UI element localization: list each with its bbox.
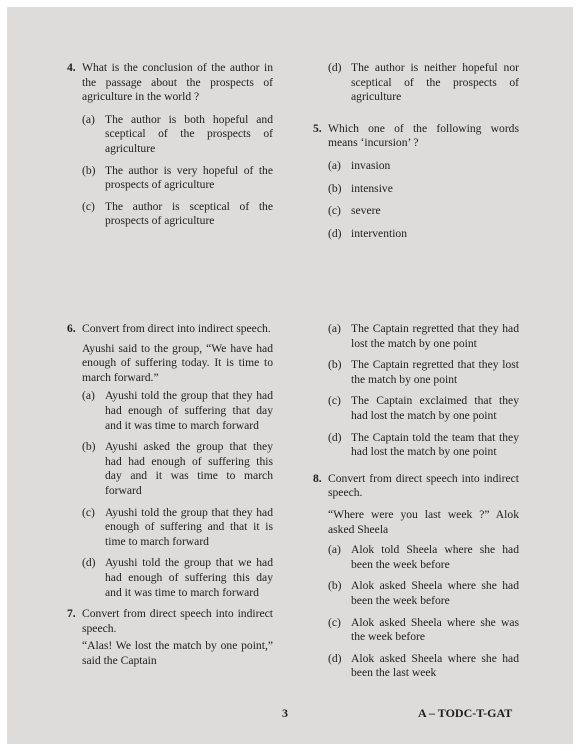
option-d: (d)The Captain told the team that they h…	[328, 431, 519, 460]
option-a: (a)invasion	[328, 159, 519, 174]
question-quote: Ayushi said to the group, “We have had e…	[82, 342, 273, 386]
option-label: (d)	[328, 652, 342, 667]
option-b: (b)The author is very hopeful of the pro…	[82, 164, 273, 193]
option-c: (c)The Captain exclaimed that they had l…	[328, 394, 519, 423]
option-label: (c)	[82, 506, 95, 521]
option-a: (a)Ayushi told the group that they had h…	[82, 389, 273, 433]
option-b: (b)intensive	[328, 182, 519, 197]
option-label: (a)	[328, 159, 341, 174]
question-stem: Convert from direct into indirect speech…	[82, 322, 273, 337]
option-c: (c)Alok asked Sheela where she was the w…	[328, 616, 519, 645]
option-label: (b)	[328, 358, 342, 373]
option-label: (d)	[328, 61, 342, 76]
question-number: 5.	[313, 122, 322, 137]
option-label: (d)	[328, 227, 342, 242]
option-text: Ayushi told the group that we had had en…	[105, 556, 273, 598]
question-8: 8. Convert from direct speech into indir…	[313, 472, 519, 681]
option-text: Alok told Sheela where she had been the …	[351, 543, 519, 571]
question-stem: Which one of the following words means ‘…	[328, 122, 519, 151]
option-text: intensive	[351, 182, 393, 195]
option-label: (c)	[328, 394, 341, 409]
options-list: (a)The author is both hopeful and scepti…	[82, 113, 273, 229]
option-b: (b)Ayushi asked the group that they had …	[82, 440, 273, 498]
option-c: (c)The author is sceptical of the prospe…	[82, 200, 273, 229]
option-text: The author is both hopeful and sceptical…	[105, 113, 273, 155]
option-label: (d)	[328, 431, 342, 446]
question-quote: “Alas! We lost the match by one point,” …	[82, 639, 273, 668]
option-text: The Captain exclaimed that they had lost…	[351, 394, 519, 422]
options-list: (a)Alok told Sheela where she had been t…	[328, 543, 519, 681]
question-stem: What is the conclusion of the author in …	[82, 61, 273, 105]
option-text: The Captain regretted that they had lost…	[351, 322, 519, 350]
option-b: (b)The Captain regretted that they lost …	[328, 358, 519, 387]
options-list: (a)Ayushi told the group that they had h…	[82, 389, 273, 600]
question-quote: “Where were you last week ?” Alok asked …	[328, 508, 519, 537]
page-number: 3	[282, 706, 288, 721]
option-text: invasion	[351, 159, 390, 172]
question-number: 6.	[67, 322, 76, 337]
question-stem: Convert from direct speech into indirect…	[82, 607, 273, 636]
option-text: The Captain told the team that they had …	[351, 431, 519, 459]
option-text: Alok asked Sheela where she was the week…	[351, 616, 519, 644]
option-text: Ayushi asked the group that they had had…	[105, 440, 273, 497]
option-label: (b)	[328, 579, 342, 594]
question-number: 4.	[67, 61, 76, 76]
right-column-top: (d)The author is neither hopeful nor sce…	[313, 61, 519, 249]
option-label: (a)	[328, 543, 341, 558]
option-d: (d)intervention	[328, 227, 519, 242]
option-label: (b)	[82, 440, 96, 455]
option-text: The author is very hopeful of the prospe…	[105, 164, 273, 192]
option-text: severe	[351, 204, 381, 217]
option-label: (b)	[328, 182, 342, 197]
left-column-bottom: 6. Convert from direct into indirect spe…	[67, 322, 273, 668]
options-list: (a)invasion (b)intensive (c)severe (d)in…	[328, 159, 519, 241]
option-label: (c)	[328, 204, 341, 219]
option-text: Ayushi told the group that they had had …	[105, 389, 273, 431]
question-7: 7. Convert from direct speech into indir…	[67, 607, 273, 668]
option-text: Ayushi told the group that they had enou…	[105, 506, 273, 548]
option-d: (d)The author is neither hopeful nor sce…	[328, 61, 519, 105]
option-text: The Captain regretted that they lost the…	[351, 358, 519, 386]
right-column-bottom: (a)The Captain regretted that they had l…	[313, 322, 519, 688]
question-stem: Convert from direct speech into indirect…	[328, 472, 519, 501]
option-text: The author is sceptical of the prospects…	[105, 200, 273, 228]
option-text: Alok asked Sheela where she had been the…	[351, 652, 519, 680]
question-6: 6. Convert from direct into indirect spe…	[67, 322, 273, 600]
left-column: 4. What is the conclusion of the author …	[67, 61, 273, 236]
option-c: (c)Ayushi told the group that they had e…	[82, 506, 273, 550]
option-text: Alok asked Sheela where she had been the…	[351, 579, 519, 607]
question-number: 8.	[313, 472, 322, 487]
question-7-options: (a)The Captain regretted that they had l…	[313, 322, 519, 460]
option-label: (a)	[82, 113, 95, 128]
option-c: (c)severe	[328, 204, 519, 219]
option-label: (b)	[82, 164, 96, 179]
option-text: intervention	[351, 227, 407, 240]
option-label: (c)	[82, 200, 95, 215]
option-a: (a)Alok told Sheela where she had been t…	[328, 543, 519, 572]
question-5: 5. Which one of the following words mean…	[313, 122, 519, 242]
option-label: (a)	[82, 389, 95, 404]
option-a: (a)The Captain regretted that they had l…	[328, 322, 519, 351]
question-number: 7.	[67, 607, 76, 622]
option-label: (c)	[328, 616, 341, 631]
option-a: (a)The author is both hopeful and scepti…	[82, 113, 273, 157]
option-d: (d)Alok asked Sheela where she had been …	[328, 652, 519, 681]
booklet-code: A – TODC-T-GAT	[418, 706, 512, 721]
option-d: (d)Ayushi told the group that we had had…	[82, 556, 273, 600]
option-label: (d)	[82, 556, 96, 571]
option-text: The author is neither hopeful nor scepti…	[351, 61, 519, 103]
option-b: (b)Alok asked Sheela where she had been …	[328, 579, 519, 608]
question-4: 4. What is the conclusion of the author …	[67, 61, 273, 229]
option-label: (a)	[328, 322, 341, 337]
